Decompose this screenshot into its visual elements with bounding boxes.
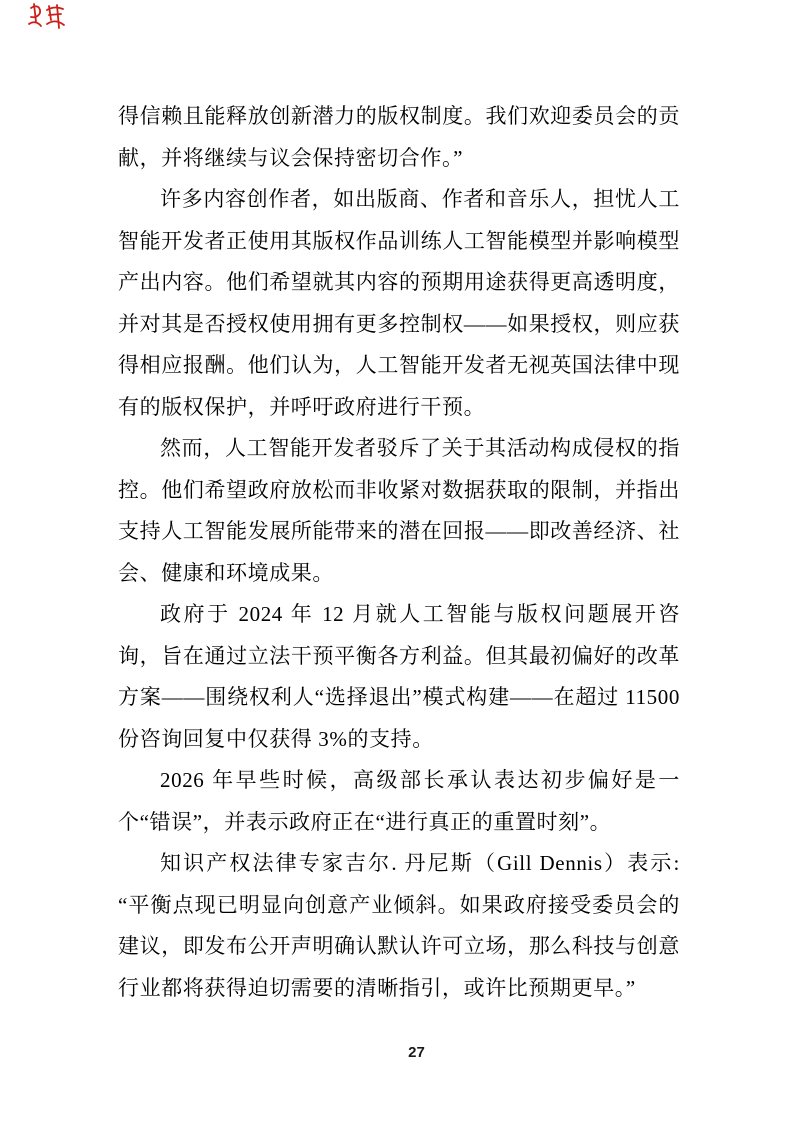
paragraph-5: 2026 年早些时候，高级部长承认表达初步偏好是一个“错误”，并表示政府正在“进… [118, 760, 680, 843]
document-body: 得信赖且能释放创新潜力的版权制度。我们欢迎委员会的贡献，并将继续与议会保持密切合… [118, 96, 680, 1009]
document-page: 得信赖且能释放创新潜力的版权制度。我们欢迎委员会的贡献，并将继续与议会保持密切合… [0, 0, 793, 1122]
paragraph-1: 得信赖且能释放创新潜力的版权制度。我们欢迎委员会的贡献，并将继续与议会保持密切合… [118, 96, 680, 179]
paragraph-6: 知识产权法律专家吉尔. 丹尼斯（Gill Dennis）表示: “平衡点现已明显… [118, 843, 680, 1009]
paragraph-2: 许多内容创作者，如出版商、作者和音乐人，担忧人工智能开发者正使用其版权作品训练人… [118, 179, 680, 428]
paragraph-3: 然而，人工智能开发者驳斥了关于其活动构成侵权的指控。他们希望政府放松而非收紧对数… [118, 428, 680, 594]
red-handwritten-mark-icon [27, 2, 67, 32]
page-number: 27 [0, 1044, 793, 1061]
paragraph-4: 政府于 2024 年 12 月就人工智能与版权问题展开咨询，旨在通过立法干预平衡… [118, 594, 680, 760]
